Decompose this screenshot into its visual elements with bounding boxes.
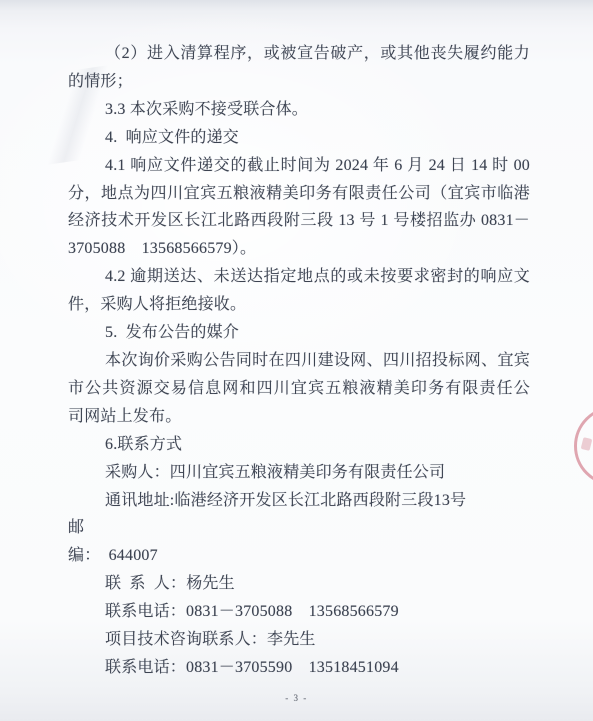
- text-line: 联系电话：0831－3705088 13568566579: [68, 598, 530, 626]
- text-line: 4. 响应文件的递交: [68, 124, 530, 152]
- text-line: 联 系 人：杨先生: [68, 570, 530, 598]
- text-line: 项目技术咨询联系人：李先生: [68, 626, 530, 654]
- text-line: 联系电话：0831－3705590 13518451094: [68, 654, 530, 682]
- text-line: 经济技术开发区长江北路西段附三段 13 号 1 号楼招监办 0831－: [68, 207, 530, 235]
- red-seal-stamp-icon: [574, 406, 593, 486]
- document-body: （2）进入清算程序，或被宣告破产，或其他丧失履约能力的情形；3.3 本次采购不接…: [68, 40, 530, 682]
- scanned-document-page: （2）进入清算程序，或被宣告破产，或其他丧失履约能力的情形；3.3 本次采购不接…: [0, 0, 593, 721]
- text-line: 市公共资源交易信息网和四川宜宾五粮液精美印务有限责任公: [68, 375, 530, 403]
- text-line: 分，地点为四川宜宾五粮液精美印务有限责任公司（宜宾市临港: [68, 180, 530, 208]
- text-line: 4.2 逾期送达、未送达指定地点的或未按要求密封的响应文: [68, 263, 530, 291]
- text-line: 6.联系方式: [68, 431, 530, 459]
- text-line: 司网站上发布。: [68, 403, 530, 431]
- text-line: 采购人：四川宜宾五粮液精美印务有限责任公司: [68, 459, 530, 487]
- text-line: 件，采购人将拒绝接收。: [68, 291, 530, 319]
- text-line: 3.3 本次采购不接受联合体。: [68, 96, 530, 124]
- text-line: 5. 发布公告的媒介: [68, 319, 530, 347]
- text-line: 本次询价采购公告同时在四川建设网、四川招投标网、宜宾: [68, 347, 530, 375]
- text-line: 4.1 响应文件递交的截止时间为 2024 年 6 月 24 日 14 时 00: [68, 152, 530, 180]
- text-line: （2）进入清算程序，或被宣告破产，或其他丧失履约能力: [68, 40, 530, 68]
- text-line: 通讯地址:临港经济开发区长江北路西段附三段13号 邮: [68, 487, 530, 543]
- text-line: 的情形；: [68, 68, 530, 96]
- red-seal-inner-mark: [581, 437, 593, 451]
- page-number: - 3 -: [0, 693, 593, 703]
- text-line: 3705088 13568566579）。: [68, 235, 530, 263]
- text-line: 编： 644007: [68, 542, 530, 570]
